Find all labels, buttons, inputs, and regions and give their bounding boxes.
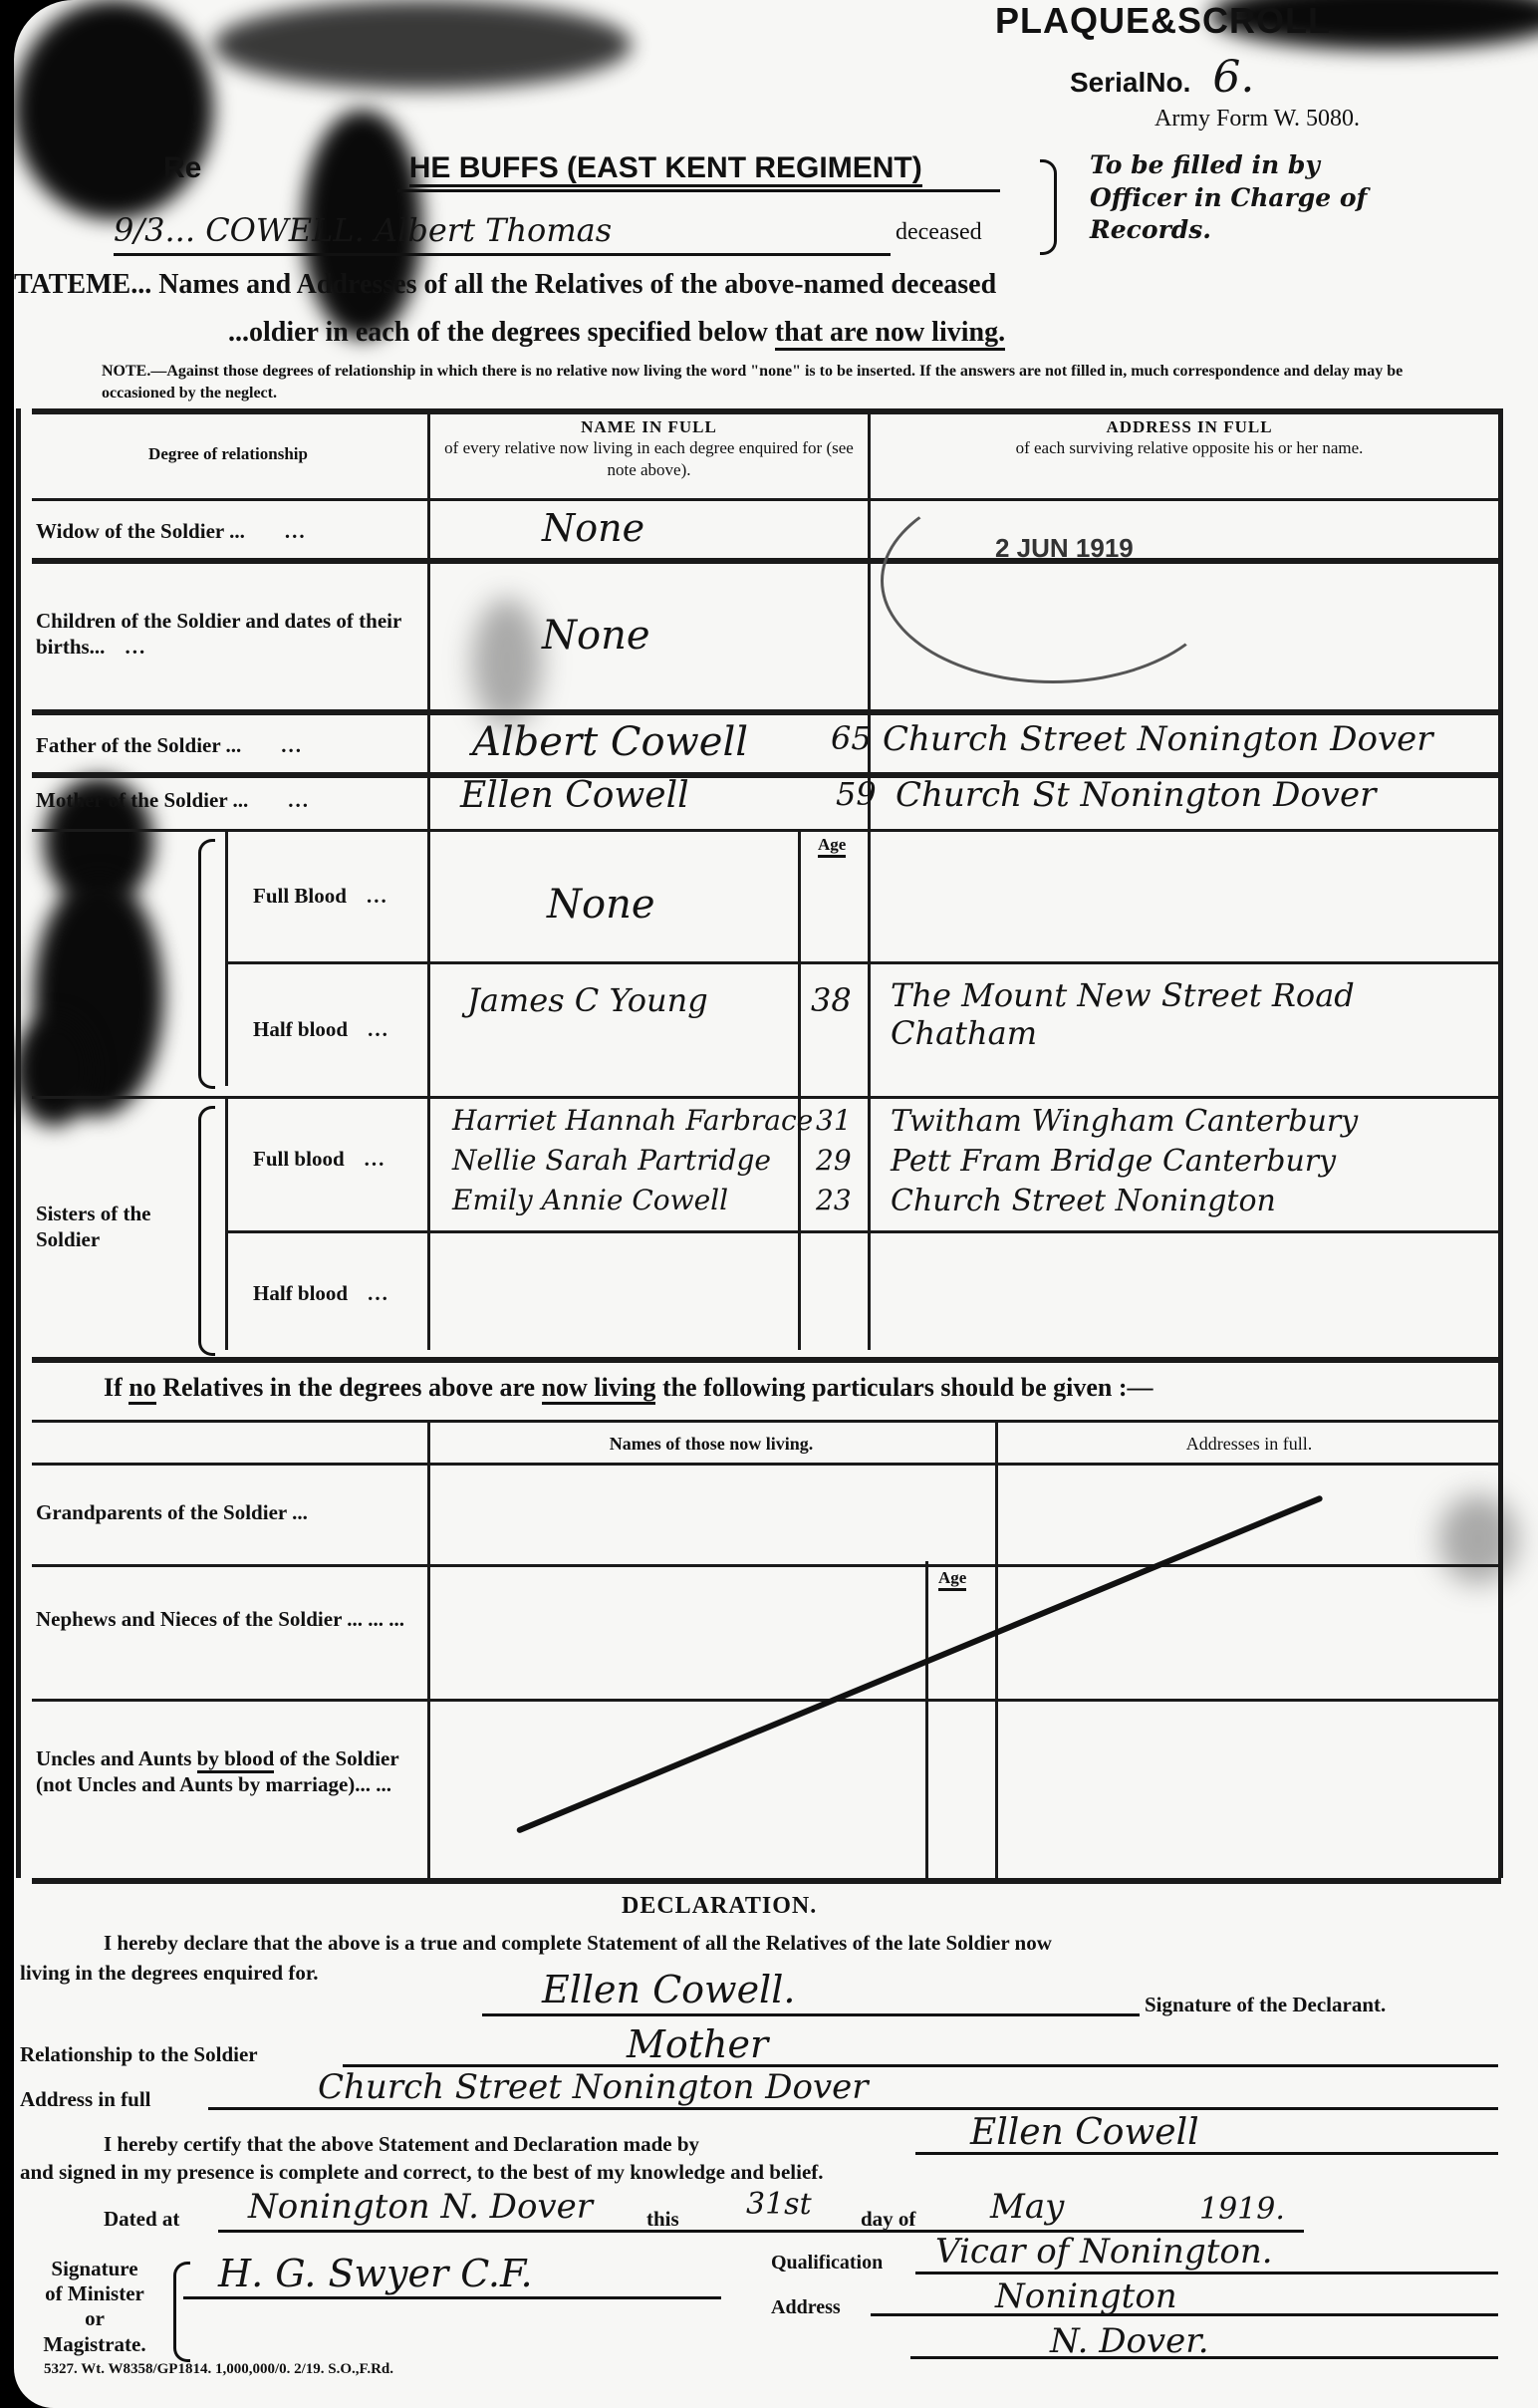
statement-line-1: TATEME... Names and Addresses of all the… [14, 269, 996, 301]
year-value: 1919. [1199, 2192, 1285, 2227]
day-value: 31st [746, 2187, 812, 2222]
declaration-title: DECLARATION. [622, 1893, 817, 1920]
officer-note: To be filled in by Officer in Charge of … [1090, 149, 1367, 247]
minister-address-line-1: Nonington [995, 2276, 1177, 2316]
row-divider [32, 558, 1501, 564]
list-item: Harriet Hannah Farbrace 31 Twitham Wingh… [452, 1104, 1498, 1144]
row-label-brothers-full: Full Blood... [253, 883, 388, 909]
relationship-label: Relationship to the Soldier [20, 2042, 258, 2067]
sub-column-divider [225, 1096, 228, 1350]
sisters-full-entries: Harriet Hannah Farbrace 31 Twitham Wingh… [452, 1104, 1498, 1223]
address-line [208, 2107, 1498, 2110]
list-item: Emily Annie Cowell 23 Church Street Noni… [452, 1184, 1498, 1223]
strike-through-line [516, 1494, 1324, 1833]
row-divider [32, 498, 1501, 501]
row-label-children: Children of the Soldier and dates of the… [36, 608, 424, 661]
qualification-line [915, 2272, 1498, 2274]
row-divider [32, 1463, 1501, 1466]
statement-text: ...oldier in each of the degrees specifi… [228, 317, 775, 348]
list-item: Nellie Sarah Partridge 29 Pett Fram Brid… [452, 1144, 1498, 1184]
row-divider [32, 1699, 1501, 1702]
minister-signature: H. G. Swyer C.F. [218, 2252, 533, 2295]
month-value: May [990, 2187, 1064, 2227]
brothers-brace [198, 839, 215, 1089]
row-label-uncles-aunts: Uncles and Aunts by blood of the Soldier… [36, 1745, 424, 1798]
regiment-underline [397, 189, 1000, 192]
certify-name: Ellen Cowell [970, 2112, 1199, 2153]
row-label-brothers-half: Half blood... [253, 1016, 389, 1042]
header-degree: Degree of relationship [34, 443, 422, 464]
brothers-half-age: 38 [811, 981, 852, 1019]
regiment-line: Re HE BUFFS (EAST KENT REGIMENT) [163, 151, 1000, 185]
age-column-divider [798, 829, 801, 1350]
header-name-title: NAME IN FULL [437, 416, 861, 437]
serial-number: SerialNo. 6. [1070, 52, 1254, 103]
dated-place: Nonington N. Dover [248, 2187, 593, 2227]
address-label: Address in full [20, 2087, 151, 2112]
table-bottom-border [32, 1878, 1501, 1884]
dated-label: Dated at [104, 2207, 179, 2232]
sister-name: Emily Annie Cowell [452, 1184, 728, 1216]
header-addresses-in-full: Addresses in full. [1010, 1433, 1488, 1456]
table-top-border [32, 408, 1501, 414]
sister-age: 31 [816, 1104, 852, 1137]
minister-address-line-2: N. Dover. [1050, 2321, 1209, 2361]
regiment-label: Re [163, 151, 201, 184]
note-label: NOTE. [102, 363, 150, 380]
header-address: ADDRESS IN FULL of each surviving relati… [900, 416, 1478, 459]
declarant-signature: Ellen Cowell. [542, 1968, 795, 2011]
header-names-now-living: Names of those now living. [442, 1433, 980, 1456]
officer-note-brace [1040, 159, 1057, 255]
sister-name: Harriet Hannah Farbrace [452, 1104, 813, 1137]
row-divider [32, 709, 1501, 715]
age-column-divider [925, 1561, 928, 1878]
date-stamp: 2 JUN 1919 [995, 533, 1134, 564]
row-divider [32, 1564, 1501, 1567]
qualification-value: Vicar of Nonington. [935, 2232, 1273, 2272]
statement-underlined: that are now living. [775, 317, 1005, 351]
ink-blot [14, 0, 213, 219]
sister-age: 23 [816, 1184, 852, 1216]
table-right-border [1498, 408, 1503, 1878]
header-address-sub: of each surviving relative opposite his … [900, 437, 1478, 458]
sister-address: Pett Fram Bridge Canterbury [891, 1144, 1336, 1179]
qualification-label: Qualification [771, 2252, 883, 2274]
row-divider [32, 829, 1501, 832]
brothers-half-address: The Mount New Street Road Chatham [891, 976, 1488, 1053]
address-value: Church Street Nonington Dover [318, 2067, 869, 2107]
sisters-group-label: Sisters of the Soldier [36, 1201, 185, 1253]
age-header: Age [938, 1568, 966, 1591]
certify-text-2: and signed in my presence is complete an… [20, 2160, 824, 2185]
children-name: None [542, 613, 650, 659]
row-divider [228, 961, 1498, 964]
army-form-number: Army Form W. 5080. [1154, 106, 1360, 133]
regiment-value: HE BUFFS (EAST KENT REGIMENT) [409, 151, 922, 187]
minister-brace [173, 2262, 190, 2362]
soldier-name-line: 9/3... COWELL. Albert Thomas deceased [114, 211, 1010, 249]
sisters-brace [198, 1106, 215, 1356]
serial-label: SerialNo. [1070, 67, 1190, 98]
printer-imprint: 5327. Wt. W8358/GP1814. 1,000,000/0. 2/1… [44, 2361, 393, 2378]
section-divider [32, 1357, 1501, 1363]
officer-note-line: Records. [1090, 214, 1367, 247]
father-age: 65 [831, 719, 872, 757]
header-address-title: ADDRESS IN FULL [900, 416, 1478, 437]
plaque-scroll-title: PLAQUE&SCROLL [995, 0, 1331, 42]
certify-text: I hereby certify that the above Statemen… [104, 2132, 699, 2157]
minister-address-line [910, 2356, 1498, 2359]
column-divider [995, 1420, 998, 1878]
note: NOTE.—Against those degrees of relations… [102, 361, 1476, 403]
officer-note-line: Officer in Charge of [1090, 182, 1367, 215]
mother-age: 59 [836, 775, 877, 813]
row-label-sisters-full: Full blood... [253, 1146, 385, 1172]
this-label: this [646, 2207, 679, 2232]
declaration-text-1: I hereby declare that the above is a tru… [104, 1931, 1052, 1956]
row-label-mother: Mother of the Soldier ...... [36, 787, 310, 813]
soldier-name-underline [114, 253, 891, 256]
row-label-grandparents: Grandparents of the Soldier ... [36, 1499, 424, 1525]
ink-smudge [472, 598, 542, 727]
minister-signature-line [183, 2296, 721, 2299]
signature-label: Signature of the Declarant. [1145, 1993, 1386, 2017]
widow-name: None [542, 506, 644, 550]
note-text: —Against those degrees of relationship i… [102, 363, 1403, 401]
certify-line [915, 2152, 1498, 2155]
soldier-name: 9/3... COWELL. Albert Thomas [114, 211, 612, 249]
serial-value: 6. [1212, 52, 1254, 103]
sister-name: Nellie Sarah Partridge [452, 1144, 771, 1177]
sister-address: Church Street Nonington [891, 1184, 1276, 1218]
day-of-label: day of [861, 2207, 915, 2232]
row-divider [228, 1230, 1498, 1233]
statement-line-2: ...oldier in each of the degrees specifi… [228, 317, 1005, 349]
father-name: Albert Cowell [472, 719, 748, 765]
header-name: NAME IN FULL of every relative now livin… [437, 416, 861, 480]
row-divider [32, 1420, 1501, 1423]
mother-name: Ellen Cowell [460, 775, 689, 816]
father-address: Church Street Nonington Dover [883, 719, 1433, 759]
column-divider [427, 408, 430, 1350]
row-divider [32, 1096, 1501, 1099]
date-stamp-circle [881, 478, 1225, 683]
brothers-full-name: None [547, 882, 655, 928]
header-name-sub: of every relative now living in each deg… [437, 437, 861, 480]
column-divider [427, 1420, 430, 1878]
declaration-text-2: living in the degrees enquired for. [20, 1961, 318, 1986]
table-left-border [16, 408, 21, 1878]
officer-note-line: To be filled in by [1090, 149, 1367, 182]
age-header: Age [818, 835, 846, 858]
mother-address: Church St Nonington Dover [896, 775, 1376, 815]
signature-minister-label: Signature of Minister or Magistrate. [20, 2257, 169, 2357]
form-paper: PLAQUE&SCROLL SerialNo. 6. Army Form W. … [14, 0, 1538, 2408]
row-label-father: Father of the Soldier ...... [36, 732, 303, 758]
minister-address-label: Address [771, 2296, 841, 2319]
signature-line [482, 2013, 1140, 2016]
row-label-widow: Widow of the Soldier ...... [36, 518, 307, 544]
sub-column-divider [225, 832, 228, 1086]
ink-blot [213, 0, 632, 90]
minister-address-line [871, 2313, 1498, 2316]
ink-blot [14, 1016, 94, 1126]
sister-age: 29 [816, 1144, 852, 1177]
ink-smudge [1438, 1494, 1518, 1584]
sister-address: Twitham Wingham Canterbury [891, 1104, 1358, 1139]
relationship-value: Mother [627, 2022, 768, 2066]
row-label-sisters-half: Half blood... [253, 1280, 389, 1306]
row-label-nephews-nieces: Nephews and Nieces of the Soldier ... ..… [36, 1606, 424, 1632]
brothers-half-name: James C Young [467, 981, 708, 1019]
deceased-label: deceased [896, 219, 982, 246]
no-relatives-heading: If no Relatives in the degrees above are… [104, 1373, 1153, 1403]
